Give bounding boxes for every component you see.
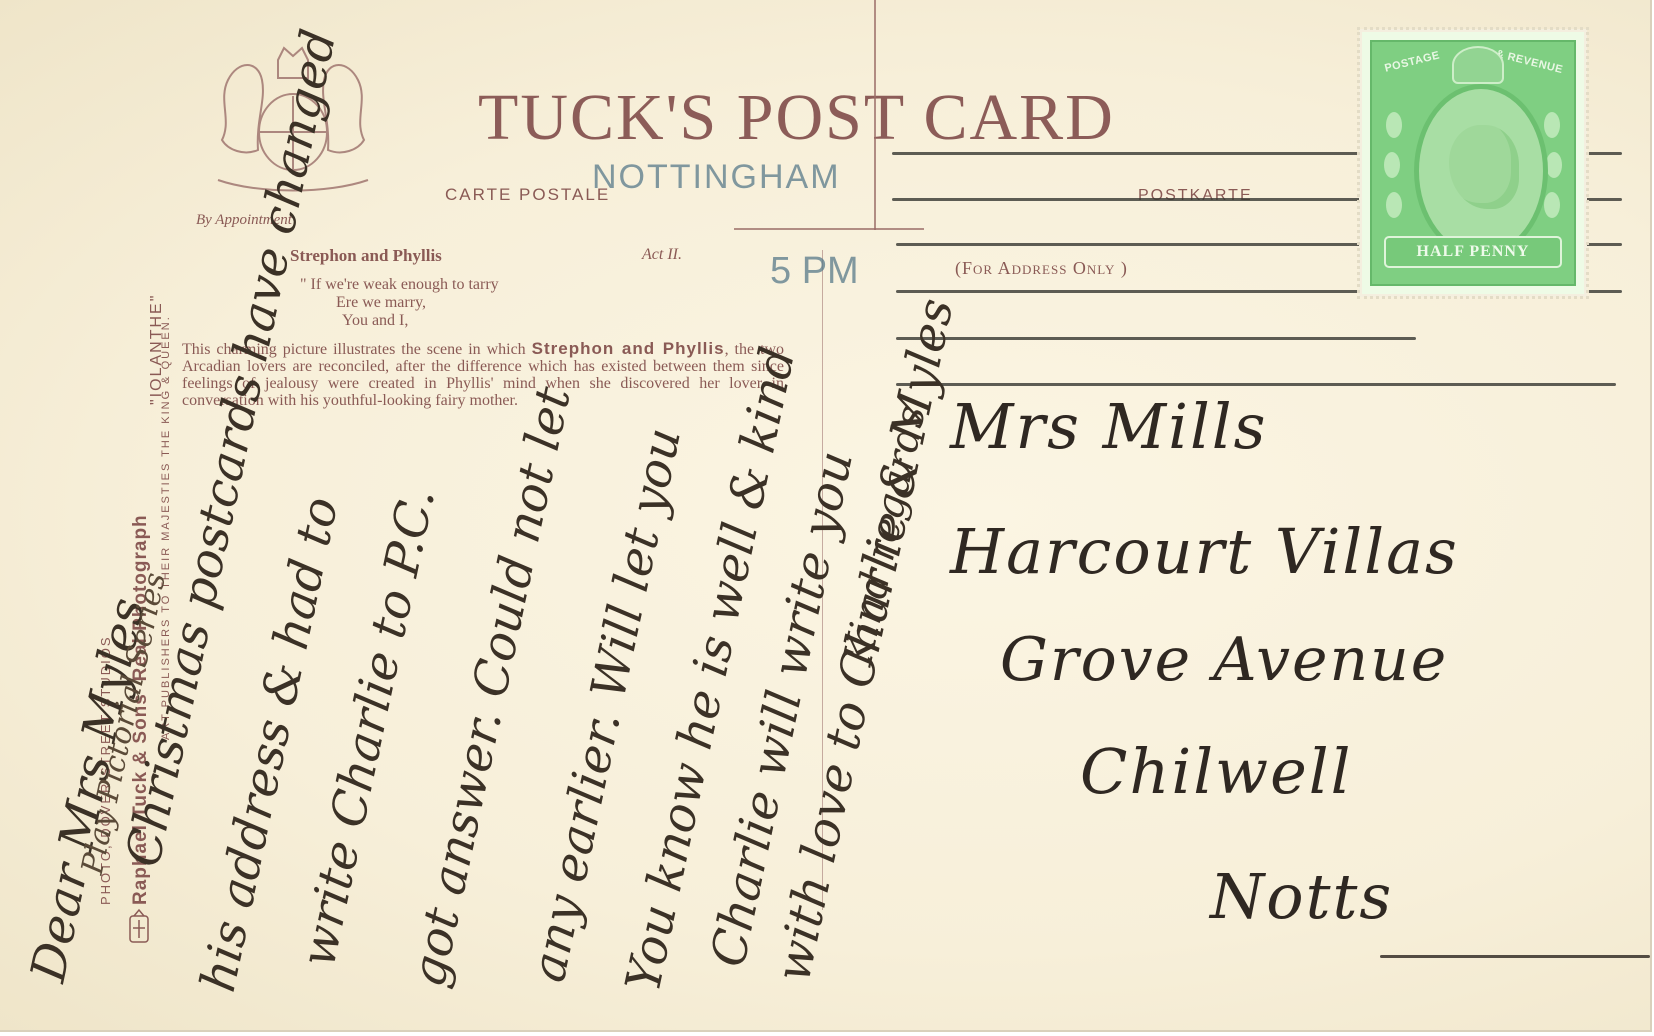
verse-line: Ere we marry, — [300, 294, 499, 312]
verse-line: " If we're weak enough to tarry — [300, 276, 499, 294]
address-line: Grove Avenue — [1000, 625, 1448, 695]
laurel-icon — [1544, 112, 1560, 138]
address-line: Harcourt Villas — [950, 515, 1459, 588]
king-portrait-icon — [1414, 84, 1548, 258]
address-underline — [1380, 955, 1650, 958]
postkarte-label: POSTKARTE — [1138, 187, 1253, 205]
address-only-label: (For Address Only ) — [955, 258, 1128, 279]
caption-verse: " If we're weak enough to tarry Ere we m… — [300, 276, 499, 330]
laurel-icon — [1384, 152, 1400, 178]
caption-act: Act II. — [642, 246, 682, 264]
address-line: Notts — [1210, 860, 1393, 933]
laurel-icon — [1544, 192, 1560, 218]
address-line: Mrs Mills — [950, 390, 1267, 463]
laurel-icon — [1386, 192, 1402, 218]
carte-postale-label: CARTE POSTALE — [445, 185, 610, 205]
stamp-value: HALF PENNY — [1384, 236, 1562, 268]
cancel-line — [896, 383, 1616, 386]
postage-stamp: POSTAGE & REVENUE HALF PENNY — [1362, 32, 1584, 294]
header-title: TUCK'S POST CARD — [478, 80, 1115, 156]
center-divider — [874, 0, 876, 230]
laurel-icon — [1386, 112, 1402, 138]
verse-line: You and I, — [300, 312, 499, 330]
cancel-line — [896, 337, 1416, 340]
tuck-logo-icon — [126, 908, 152, 948]
stamp-postage-label: POSTAGE — [1383, 49, 1441, 74]
postcard-back: By Appointment TUCK'S POST CARD CARTE PO… — [0, 0, 1652, 1032]
laurel-icon — [1546, 152, 1562, 178]
crown-icon — [1452, 46, 1504, 84]
address-line: Chilwell — [1080, 735, 1352, 808]
stamp-revenue-label: & REVENUE — [1495, 48, 1565, 76]
caption-title: Strephon and Phyllis — [290, 246, 442, 266]
header-underline — [734, 228, 924, 230]
caption-bold-names: Strephon and Phyllis — [532, 339, 725, 358]
postmark-town: NOTTINGHAM — [592, 158, 841, 197]
message-line: Kind regards — [835, 402, 935, 670]
postmark-time: 5 PM — [770, 250, 859, 293]
